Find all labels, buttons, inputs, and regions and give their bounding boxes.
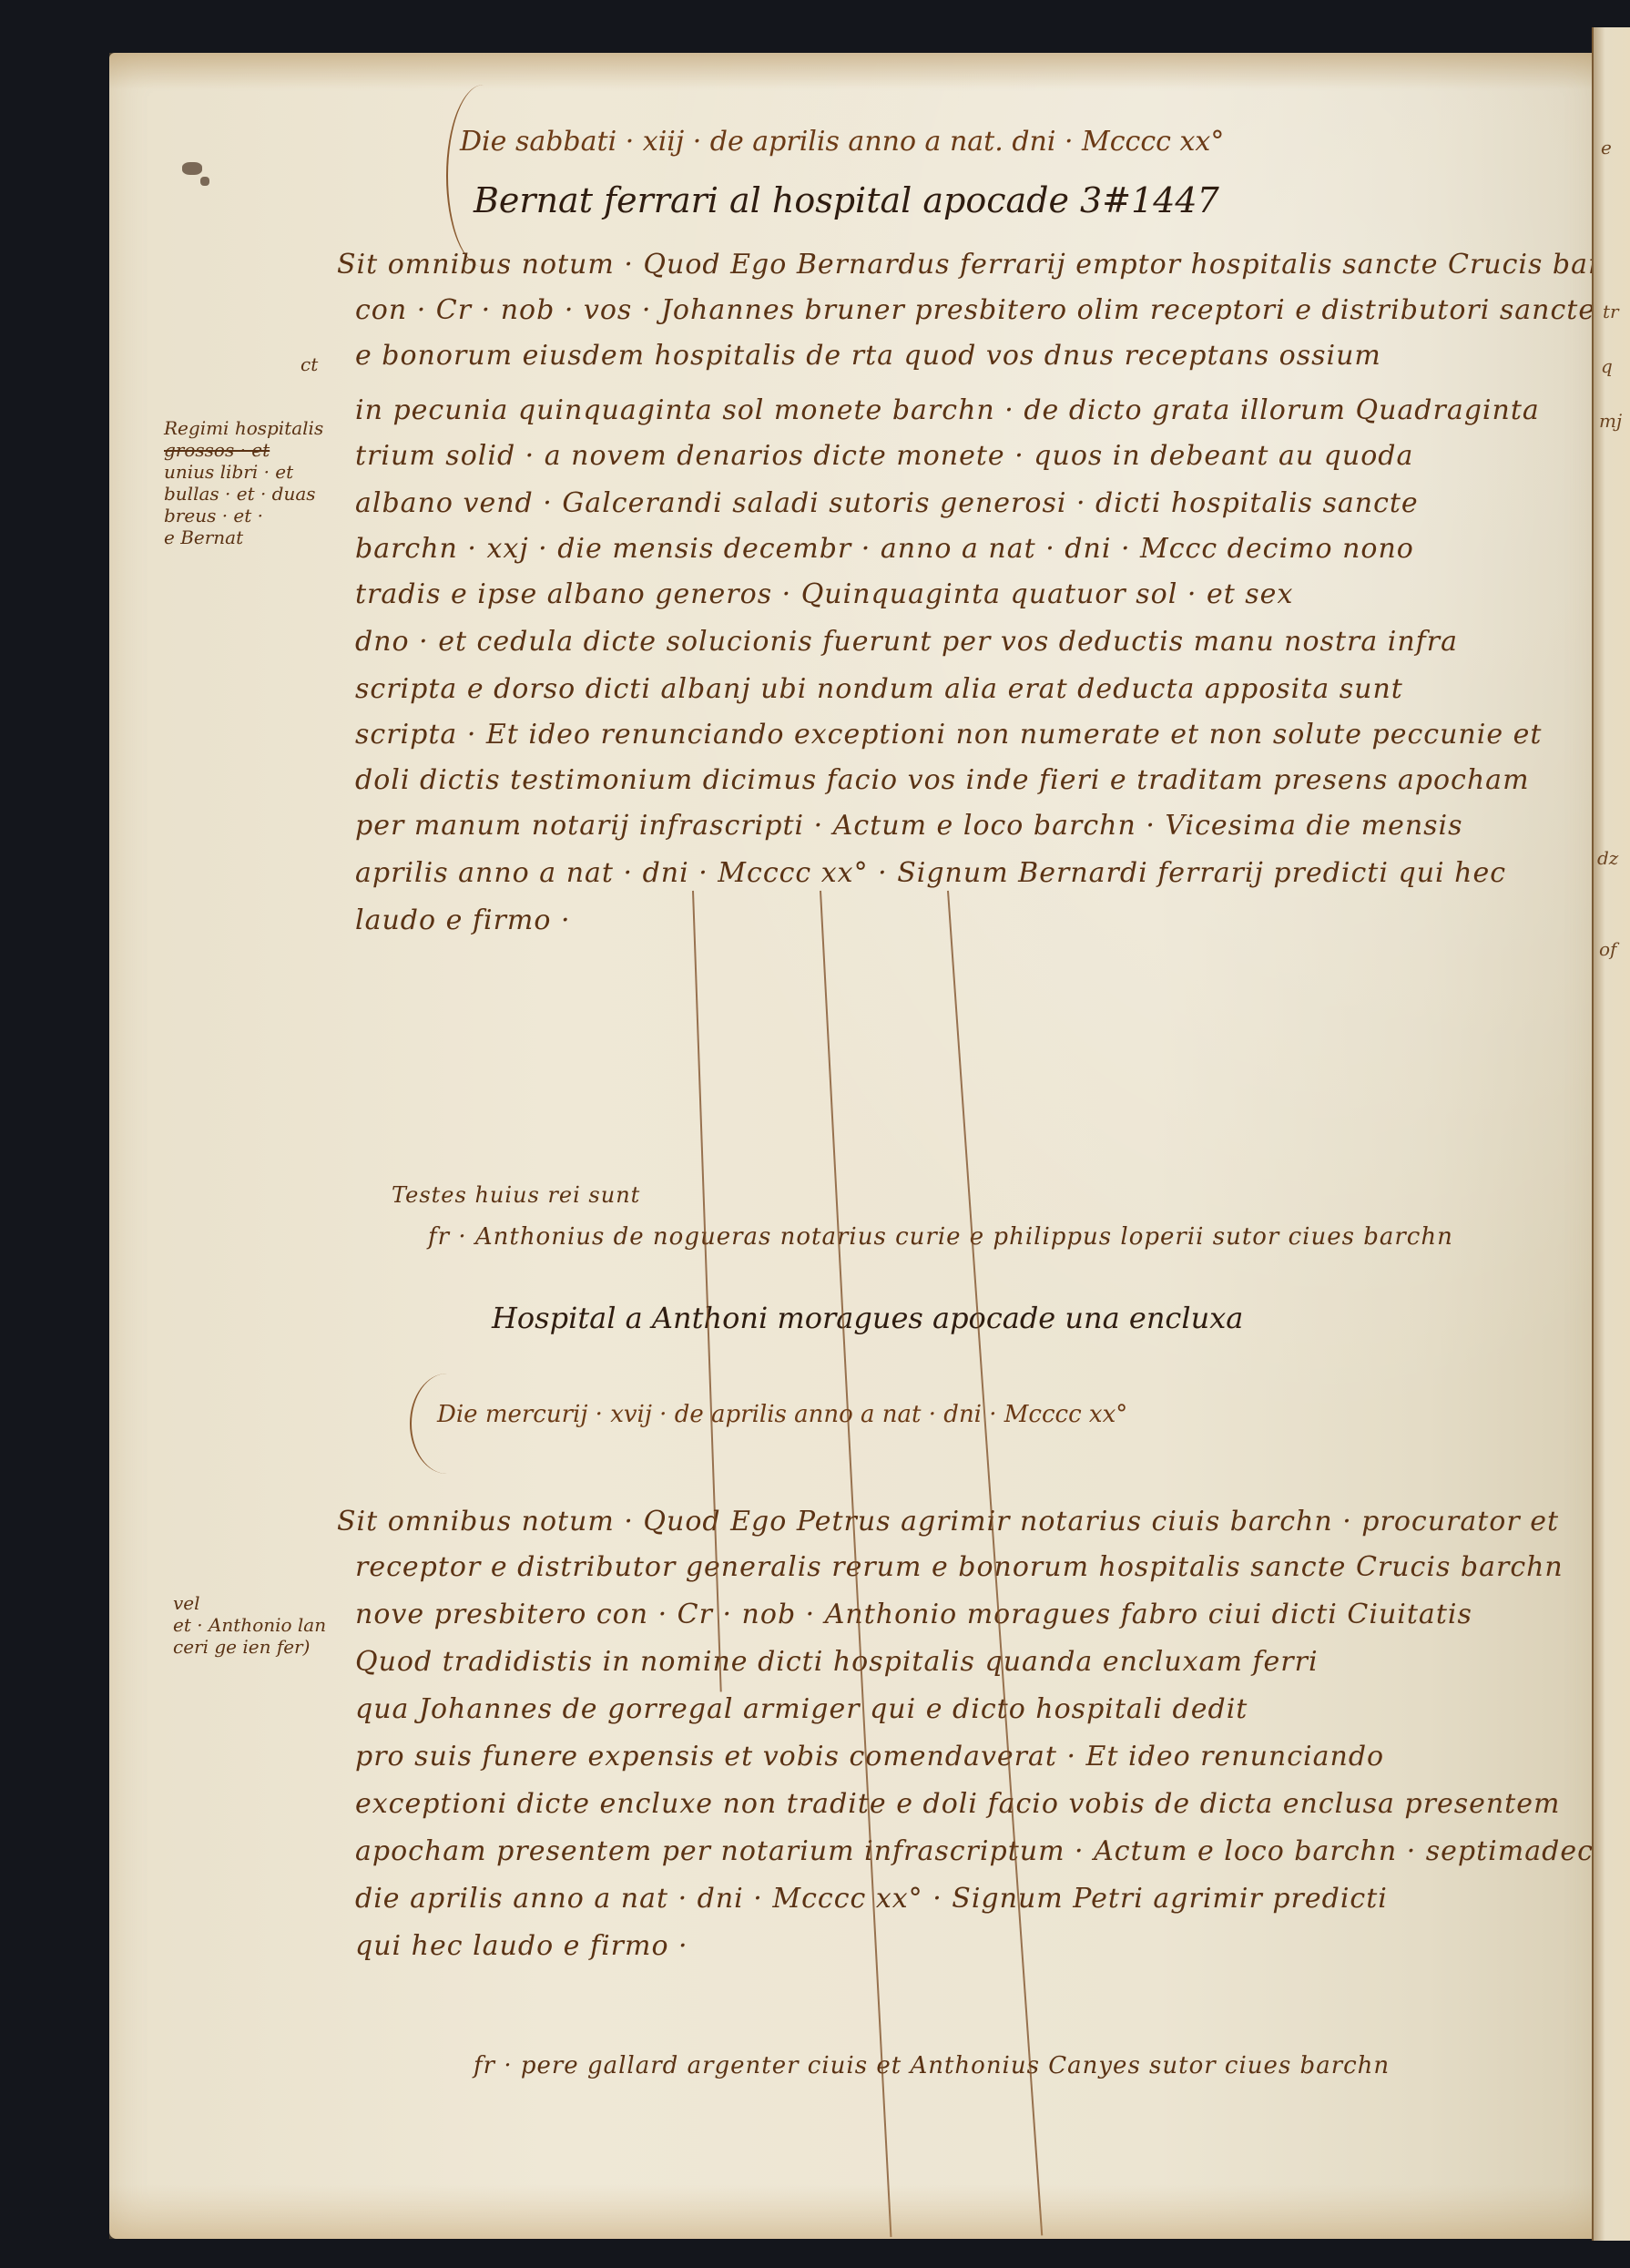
body-line: dno · et cedula dicte solucionis fuerunt… xyxy=(355,626,1458,658)
body-line: exceptioni dicte encluxe non tradite e d… xyxy=(355,1788,1560,1820)
entry-1-date-heading: Die sabbati · xiij · de aprilis anno a n… xyxy=(460,126,1224,158)
body-line: e bonorum eiusdem hospitalis de rta quod… xyxy=(355,340,1381,372)
body-line: con · Cr · nob · vos · Johannes bruner p… xyxy=(355,294,1595,326)
entry-1-title: Bernat ferrari al hospital apocade 3#144… xyxy=(474,180,1219,220)
margin-note-line: e Bernat xyxy=(164,526,346,548)
manuscript-page: Die sabbati · xiij · de aprilis anno a n… xyxy=(109,53,1603,2239)
body-line: in pecunia quinquaginta sol monete barch… xyxy=(355,394,1540,426)
entry-2-title: Hospital a Anthoni moragues apocade una … xyxy=(492,1301,1243,1335)
adjacent-page-fragment: mj xyxy=(1599,410,1622,432)
body-line: albano vend · Galcerandi saladi sutoris … xyxy=(355,487,1419,519)
margin-note-line: breus · et · xyxy=(164,505,346,526)
adjacent-page-fragment: of xyxy=(1599,938,1616,960)
top-corner-mark: ct xyxy=(301,353,318,375)
body-line: qui hec laudo e firmo · xyxy=(355,1930,688,1962)
body-line: apocham presentem per notarium infrascri… xyxy=(355,1835,1630,1867)
body-line: scripta · Et ideo renunciando exceptioni… xyxy=(355,719,1542,751)
adjacent-page-edge: e tr q mj dz of xyxy=(1592,27,1630,2241)
ink-stain xyxy=(182,162,202,175)
margin-note-line: bullas · et · duas xyxy=(164,483,346,505)
margin-note-line: ceri ge ien fer) xyxy=(173,1636,328,1658)
margin-note-line: et · Anthonio lan xyxy=(173,1614,328,1636)
body-line: laudo e firmo · xyxy=(355,904,571,936)
adjacent-page-fragment: q xyxy=(1601,355,1613,377)
body-line: Sit omnibus notum · Quod Ego Petrus agri… xyxy=(337,1506,1559,1538)
body-line: per manum notarij infrascripti · Actum e… xyxy=(355,810,1463,842)
entry-1-witnesses: fr · Anthonius de nogueras notarius curi… xyxy=(428,1223,1453,1251)
body-line: Sit omnibus notum · Quod Ego Bernardus f… xyxy=(337,249,1630,281)
body-line: scripta e dorso dicti albanj ubi nondum … xyxy=(355,673,1403,705)
body-line: trium solid · a novem denarios dicte mon… xyxy=(355,440,1413,472)
body-line: pro suis funere expensis et vobis comend… xyxy=(355,1741,1384,1773)
margin-note-line: unius libri · et xyxy=(164,461,346,483)
margin-note-line: Regimi hospitalis xyxy=(164,417,346,439)
body-line: nove presbitero con · Cr · nob · Anthoni… xyxy=(355,1599,1472,1630)
heading-bracket xyxy=(446,85,521,267)
entry-2-margin-note: vel et · Anthonio lan ceri ge ien fer) xyxy=(173,1592,328,1658)
margin-note-line: vel xyxy=(173,1592,328,1614)
body-line: receptor e distributor generalis rerum e… xyxy=(355,1551,1564,1583)
body-line: Quod tradidistis in nomine dicti hospita… xyxy=(355,1646,1319,1678)
entry-2-date-heading: Die mercurij · xvij · de aprilis anno a … xyxy=(437,1401,1127,1428)
adjacent-page-fragment: tr xyxy=(1603,301,1619,322)
body-line: qua Johannes de gorregal armiger qui e d… xyxy=(355,1693,1248,1725)
body-line: aprilis anno a nat · dni · Mcccc xx° · S… xyxy=(355,857,1506,889)
ink-stain xyxy=(200,177,209,186)
body-line: tradis e ipse albano generos · Quinquagi… xyxy=(355,578,1293,610)
adjacent-page-fragment: e xyxy=(1601,137,1612,158)
body-line: doli dictis testimonium dicimus facio vo… xyxy=(355,764,1530,796)
entry-2-witnesses: fr · pere gallard argenter ciuis et Anth… xyxy=(474,2052,1390,2079)
body-line: barchn · xxj · die mensis decembr · anno… xyxy=(355,533,1414,565)
entry-1-margin-note: Regimi hospitalis grossos · et unius lib… xyxy=(164,417,346,548)
margin-note-line: grossos · et xyxy=(164,439,346,461)
entry-1-witnesses-label: Testes huius rei sunt xyxy=(392,1182,640,1208)
adjacent-page-fragment: dz xyxy=(1597,847,1618,869)
